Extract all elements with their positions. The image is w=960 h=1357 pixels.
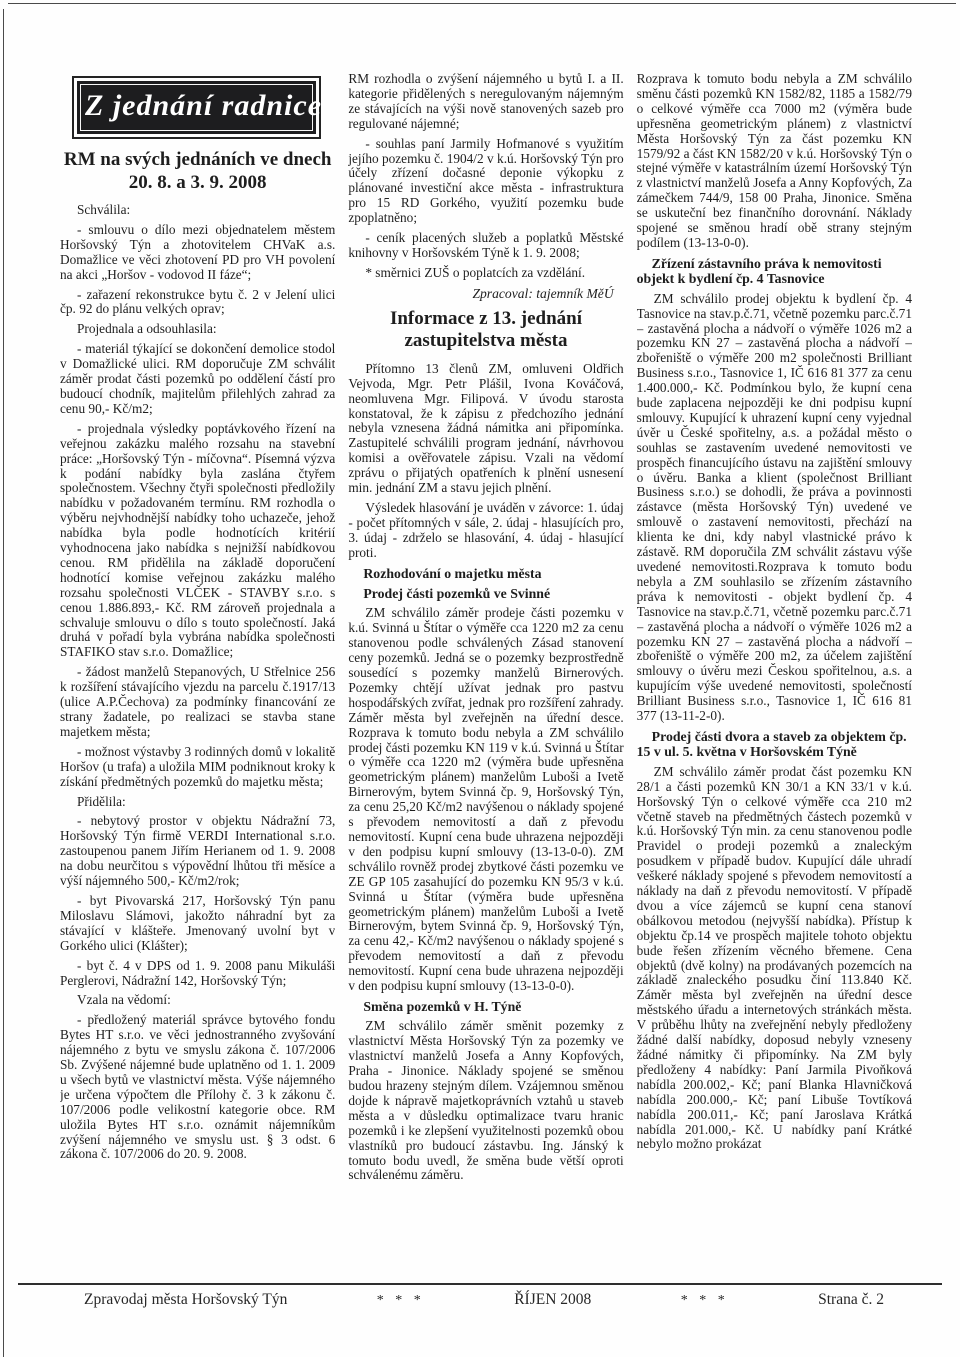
page-footer: Zpravodaj města Horšovský Týn * * * ŘÍJE… — [18, 1283, 942, 1309]
list-label-pridelila: Přidělila: — [60, 795, 335, 810]
body-paragraph: ZM schválilo prodej objektu k bydlení čp… — [637, 292, 912, 724]
list-item: - předložený materiál správce bytového f… — [60, 1013, 335, 1162]
body-paragraph: ZM schválilo záměr prodeje části pozemku… — [348, 606, 623, 994]
meeting-dates-heading: RM na svých jednáních ve dnech 20. 8. a … — [60, 149, 335, 194]
council-info-heading: Informace z 13. jednání zastupitelstva m… — [348, 308, 623, 353]
footer-page-number: Strana č. 2 — [818, 1291, 884, 1309]
footer-publication-name: Zpravodaj města Horšovský Týn — [84, 1291, 287, 1309]
signature-line: Zpracoval: tajemník MěÚ — [348, 286, 613, 301]
list-label-vzala: Vzala na vědomí: — [60, 993, 335, 1008]
column-1: Z jednání radnice RM na svých jednáních … — [60, 72, 335, 1280]
list-item: - žádost manželů Stepanových, U Střelnic… — [60, 665, 335, 740]
list-item: - materiál týkající se dokončení demolic… — [60, 342, 335, 417]
article-columns: Z jednání radnice RM na svých jednáních … — [60, 72, 912, 1280]
masthead-black-panel: Z jednání radnice — [77, 81, 316, 134]
footer-separator-2: * * * — [681, 1293, 729, 1309]
list-label-projednala: Projednala a odsouhlasila: — [60, 322, 335, 337]
page-edge-top-line — [8, 3, 956, 4]
subsection-heading: Prodej části pozemků ve Svinné — [348, 586, 623, 601]
list-item: - byt Pivovarská 217, Horšovský Týn panu… — [60, 894, 335, 954]
body-paragraph: ZM schválilo záměr směnit pozemky z vlas… — [348, 1019, 623, 1183]
masthead-inner-frame: Z jednání radnice — [80, 84, 313, 131]
footer-separator-1: * * * — [377, 1293, 425, 1309]
subsection-heading: Zřízení zástavního práva k nemovitosti o… — [637, 256, 912, 287]
list-item: - možnost výstavby 3 rodinných domů v lo… — [60, 745, 335, 790]
section-heading: Rozhodování o majetku města — [348, 566, 623, 581]
body-paragraph: Rozprava k tomuto bodu nebyla a ZM schvá… — [637, 72, 912, 251]
footer-issue-month: ŘÍJEN 2008 — [514, 1291, 591, 1309]
masthead-title: Z jednání radnice — [85, 89, 322, 122]
body-paragraph: Výsledek hlasování je uváděn v závorce: … — [348, 501, 623, 561]
column-2: RM rozhodla o zvýšení nájemného u bytů I… — [348, 72, 623, 1280]
subsection-heading: Prodej části dvora a staveb za objektem … — [637, 729, 912, 760]
body-paragraph: RM rozhodla o zvýšení nájemného u bytů I… — [348, 72, 623, 132]
list-item: - projednala výsledky poptávkového řízen… — [60, 422, 335, 661]
body-paragraph: ZM schválilo záměr prodat část pozemku K… — [637, 765, 912, 1153]
list-item: - smlouvu o dílo mezi objednatelem měste… — [60, 223, 335, 283]
list-label-schvalila: Schválila: — [60, 203, 335, 218]
list-item: - zařazení rekonstrukce bytu č. 2 v Jele… — [60, 288, 335, 318]
subsection-heading: Směna pozemků v H. Týně — [348, 999, 623, 1014]
list-item: - nebytový prostor v objektu Nádražní 73… — [60, 814, 335, 889]
body-paragraph: Přítomno 13 členů ZM, omluveni Oldřich V… — [348, 362, 623, 496]
column-3: Rozprava k tomuto bodu nebyla a ZM schvá… — [637, 72, 912, 1280]
list-item: - ceník placených služeb a poplatků Měst… — [348, 231, 623, 261]
masthead-box: Z jednání radnice — [72, 76, 321, 139]
page-edge-left-line — [3, 9, 4, 1357]
newsletter-page: Z jednání radnice RM na svých jednáních … — [0, 0, 960, 1357]
list-item: - souhlas paní Jarmily Hofmanové s využi… — [348, 137, 623, 226]
list-item: - byt č. 4 v DPS od 1. 9. 2008 panu Miku… — [60, 959, 335, 989]
list-item: * směrnici ZUŠ o poplatcích za vzdělání. — [348, 266, 623, 281]
